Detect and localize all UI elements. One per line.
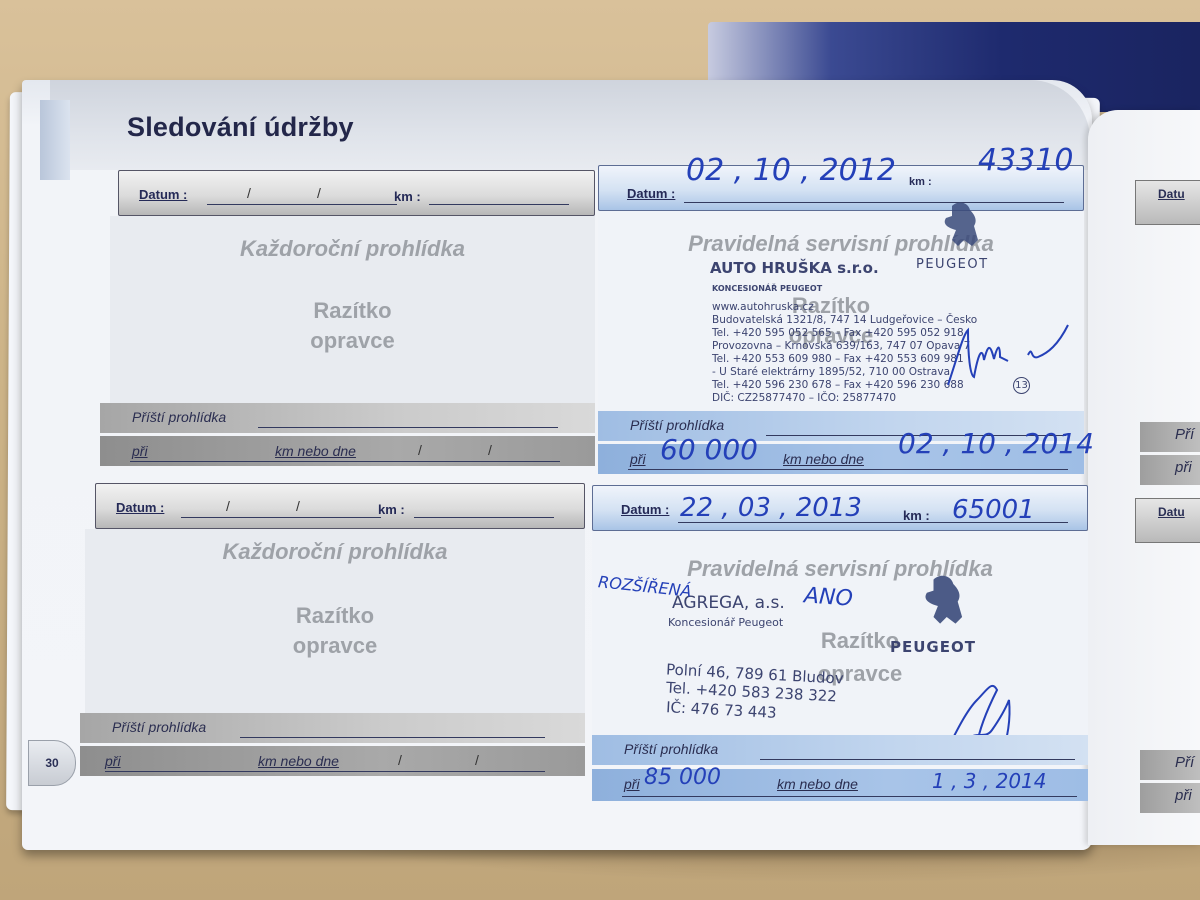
km-or-date-label: km nebo dne <box>258 753 339 769</box>
date-underline <box>684 202 1064 203</box>
date-slash: / <box>247 185 251 201</box>
dealer-line: - U Staré elektrárny 1895/52, 710 00 Ost… <box>712 366 950 378</box>
next-inspection-band: Příští prohlídka <box>592 735 1088 765</box>
handwritten-next-date: 02 , 10 , 2014 <box>898 427 1094 460</box>
at-label: při <box>624 776 640 792</box>
stamp-area: Každoroční prohlídka Razítko opravce <box>85 529 585 724</box>
next-inspection-band: Příští prohlídka <box>100 403 595 433</box>
slash: / <box>475 752 479 768</box>
inspection-type-watermark: Každoroční prohlídka <box>85 539 585 565</box>
slash: / <box>418 442 422 458</box>
km-or-date-label: km nebo dne <box>777 776 858 792</box>
stamp-watermark-line1: Razítko <box>612 626 1108 656</box>
km-date-underline <box>622 796 1077 797</box>
handwritten-km: 43310 <box>978 143 1073 178</box>
next-inspection-label: Příští prohlídka <box>132 409 226 425</box>
left-blue-stripe <box>40 100 70 180</box>
page-number-tab: 30 <box>28 740 76 786</box>
date-label: Datum : <box>139 187 187 202</box>
next-underline <box>760 759 1075 760</box>
dealer-subtitle: Koncesionář Peugeot <box>668 616 783 629</box>
stamp-watermark-line1: Razítko <box>85 601 585 631</box>
dealer-line: Provozovna – Krnovská 639/163, 747 07 Op… <box>712 340 970 352</box>
stamp-watermark-line2: opravce <box>110 326 595 356</box>
km-label: km : <box>903 508 930 523</box>
dealer-line: Tel. +420 553 609 980 – Fax +420 553 609… <box>712 353 964 365</box>
next-page-date-bar: Datu <box>1135 180 1200 225</box>
inspection-type-watermark: Pravidelná servisní prohlídka <box>592 556 1088 582</box>
date-bar: Datum : / / km : <box>118 170 595 216</box>
next-underline <box>240 737 545 738</box>
km-underline <box>414 517 554 518</box>
date-label: Datum : <box>627 186 675 201</box>
next-page-next-band-2: Pří <box>1140 750 1200 780</box>
next-km-band: při km nebo dne / / <box>100 436 595 466</box>
next-inspection-label: Příští prohlídka <box>630 417 724 433</box>
km-label: km : <box>394 189 421 204</box>
km-date-underline <box>628 469 1068 470</box>
km-label: km : <box>378 502 405 517</box>
handwritten-date: 02 , 10 , 2012 <box>686 153 896 188</box>
page-title: Sledování údržby <box>127 112 354 143</box>
next-inspection-label: Příští prohlídka <box>112 719 206 735</box>
at-label: při <box>105 753 121 769</box>
km-date-underline <box>130 461 560 462</box>
handwritten-km: 65001 <box>952 495 1035 525</box>
km-or-date-label: km nebo dne <box>275 443 356 459</box>
service-card-bottom-left: Datum : / / km : Každoroční prohlídka Ra… <box>80 483 585 795</box>
handwritten-next-date: 1 , 3 , 2014 <box>932 769 1047 793</box>
signature-icon <box>938 315 1078 395</box>
dealer-line: Tel. +420 595 052 565 – Fax +420 595 052… <box>712 327 964 339</box>
km-label: km : <box>909 176 932 188</box>
dealer-name: AUTO HRUŠKA s.r.o. <box>710 259 879 277</box>
km-underline <box>429 204 569 205</box>
dealer-line: www.autohruska.cz <box>712 301 814 313</box>
km-or-date-label: km nebo dne <box>783 451 864 467</box>
inspection-type-watermark: Každoroční prohlídka <box>110 236 595 262</box>
next-underline <box>258 427 558 428</box>
dealer-line: IČ: 476 73 443 <box>666 698 777 722</box>
service-card-bottom-right: Datum : km : 22 , 03 , 2013 65001 Pravid… <box>592 485 1088 825</box>
date-label: Datum : <box>621 502 669 517</box>
at-label: při <box>630 451 646 467</box>
date-slash: / <box>317 185 321 201</box>
stamp-watermark-line1: Razítko <box>110 296 595 326</box>
stamp-area: Každoroční prohlídka Razítko opravce <box>110 216 595 406</box>
service-card-top-right: Datum : km : 02 , 10 , 2012 43310 Pravid… <box>598 165 1084 475</box>
km-date-underline <box>105 771 545 772</box>
date-underline <box>207 204 397 205</box>
handwritten-next-km: 85 000 <box>644 765 721 790</box>
peugeot-lion-logo-icon <box>917 573 972 628</box>
next-page-at-band-2: při <box>1140 783 1200 813</box>
date-underline <box>181 517 381 518</box>
stamp-watermark-line2: opravce <box>85 631 585 661</box>
dealer-line: DIČ: CZ25877470 – IČO: 25877470 <box>712 392 896 404</box>
next-km-band: při km nebo dne / / <box>80 746 585 776</box>
date-bar: Datum : / / km : <box>95 483 585 529</box>
dealer-subtitle: KONCESIONÁŘ PEUGEOT <box>712 284 822 293</box>
handwritten-date: 22 , 03 , 2013 <box>680 493 862 523</box>
next-inspection-band: Příští prohlídka <box>80 713 585 743</box>
inspection-type-watermark: Pravidelná servisní prohlídka <box>598 231 1084 257</box>
slash: / <box>488 442 492 458</box>
dealer-line: Tel. +420 596 230 678 – Fax +420 596 230… <box>712 379 964 391</box>
next-inspection-label: Příští prohlídka <box>624 741 718 757</box>
service-card-top-left: Datum : / / km : Každoroční prohlídka Ra… <box>100 170 595 470</box>
peugeot-lion-logo-icon <box>938 200 986 250</box>
slash: / <box>398 752 402 768</box>
next-page-next-band: Pří <box>1140 422 1200 452</box>
at-label: při <box>132 443 148 459</box>
handwritten-next-km: 60 000 <box>660 433 758 466</box>
dealer-brand: PEUGEOT <box>890 638 976 656</box>
date-slash: / <box>226 498 230 514</box>
next-page-date-bar-2: Datu <box>1135 498 1200 543</box>
date-label: Datum : <box>116 500 164 515</box>
next-page-at-band: při <box>1140 455 1200 485</box>
dealer-brand: PEUGEOT <box>916 257 989 272</box>
handwritten-note-yes: ANO <box>803 583 853 611</box>
date-slash: / <box>296 498 300 514</box>
